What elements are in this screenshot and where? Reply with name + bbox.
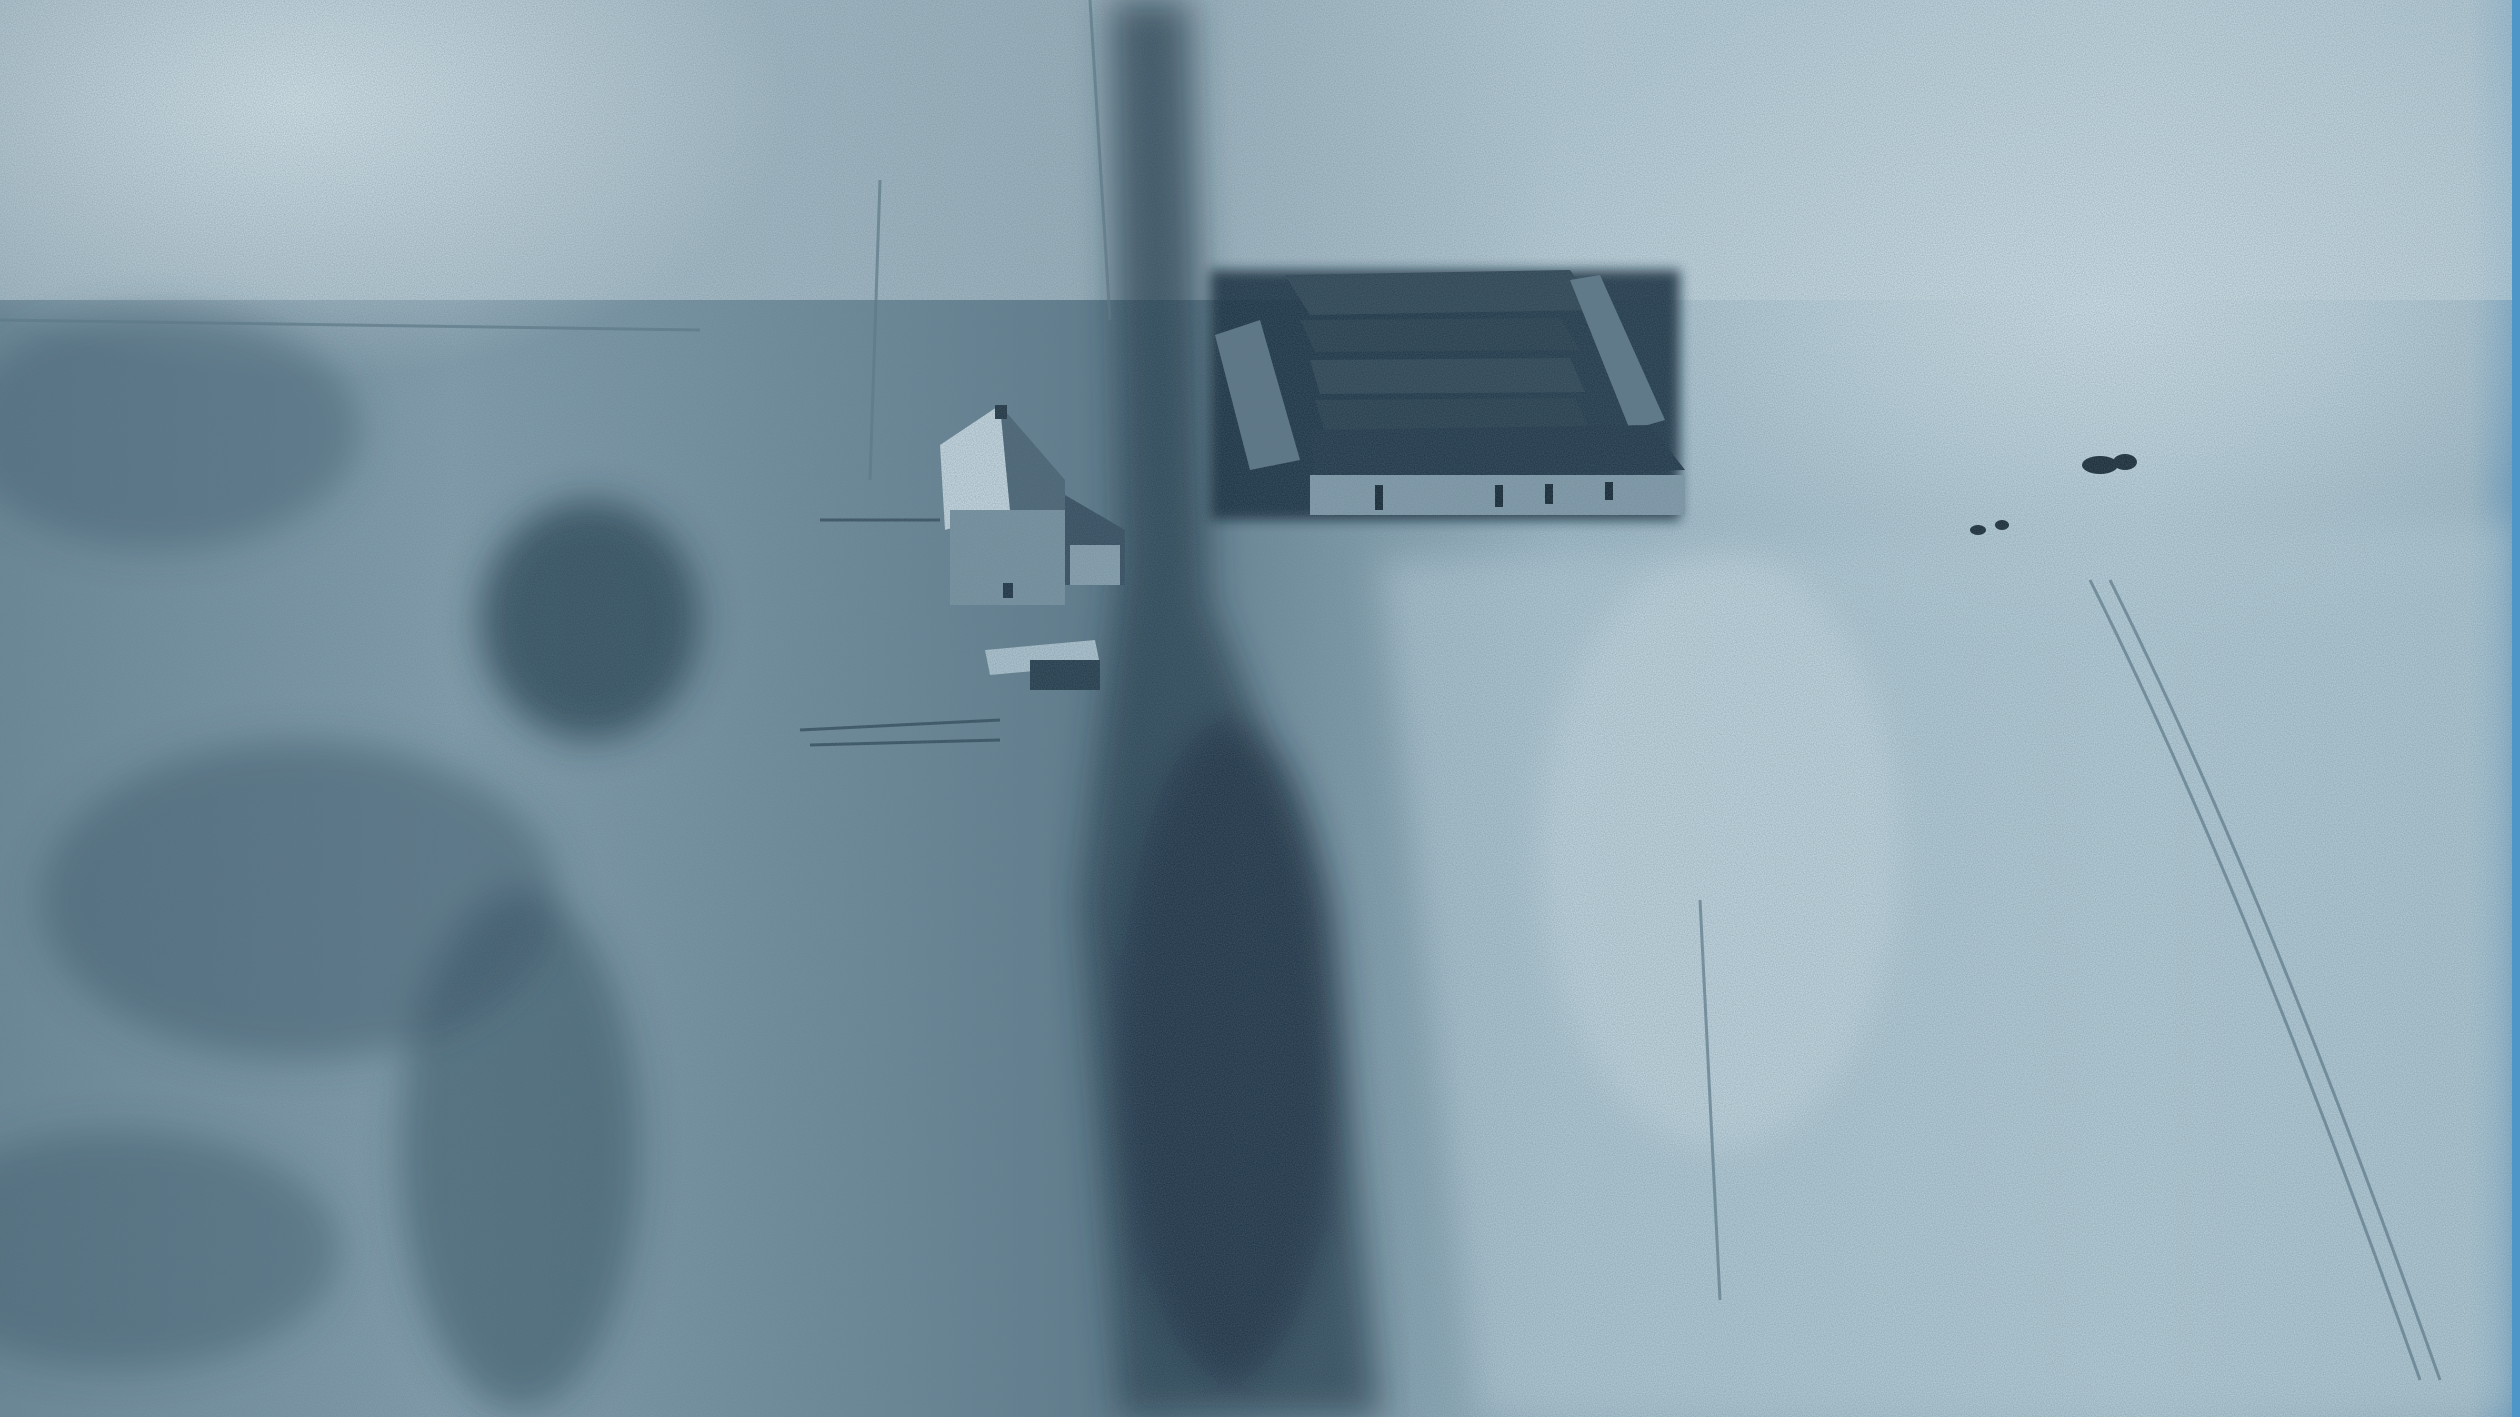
photo-canvas	[0, 0, 2520, 1417]
aerial-farm-photo	[0, 0, 2520, 1417]
grain-overlay	[0, 0, 2520, 1417]
edge-strip	[2512, 0, 2520, 1417]
